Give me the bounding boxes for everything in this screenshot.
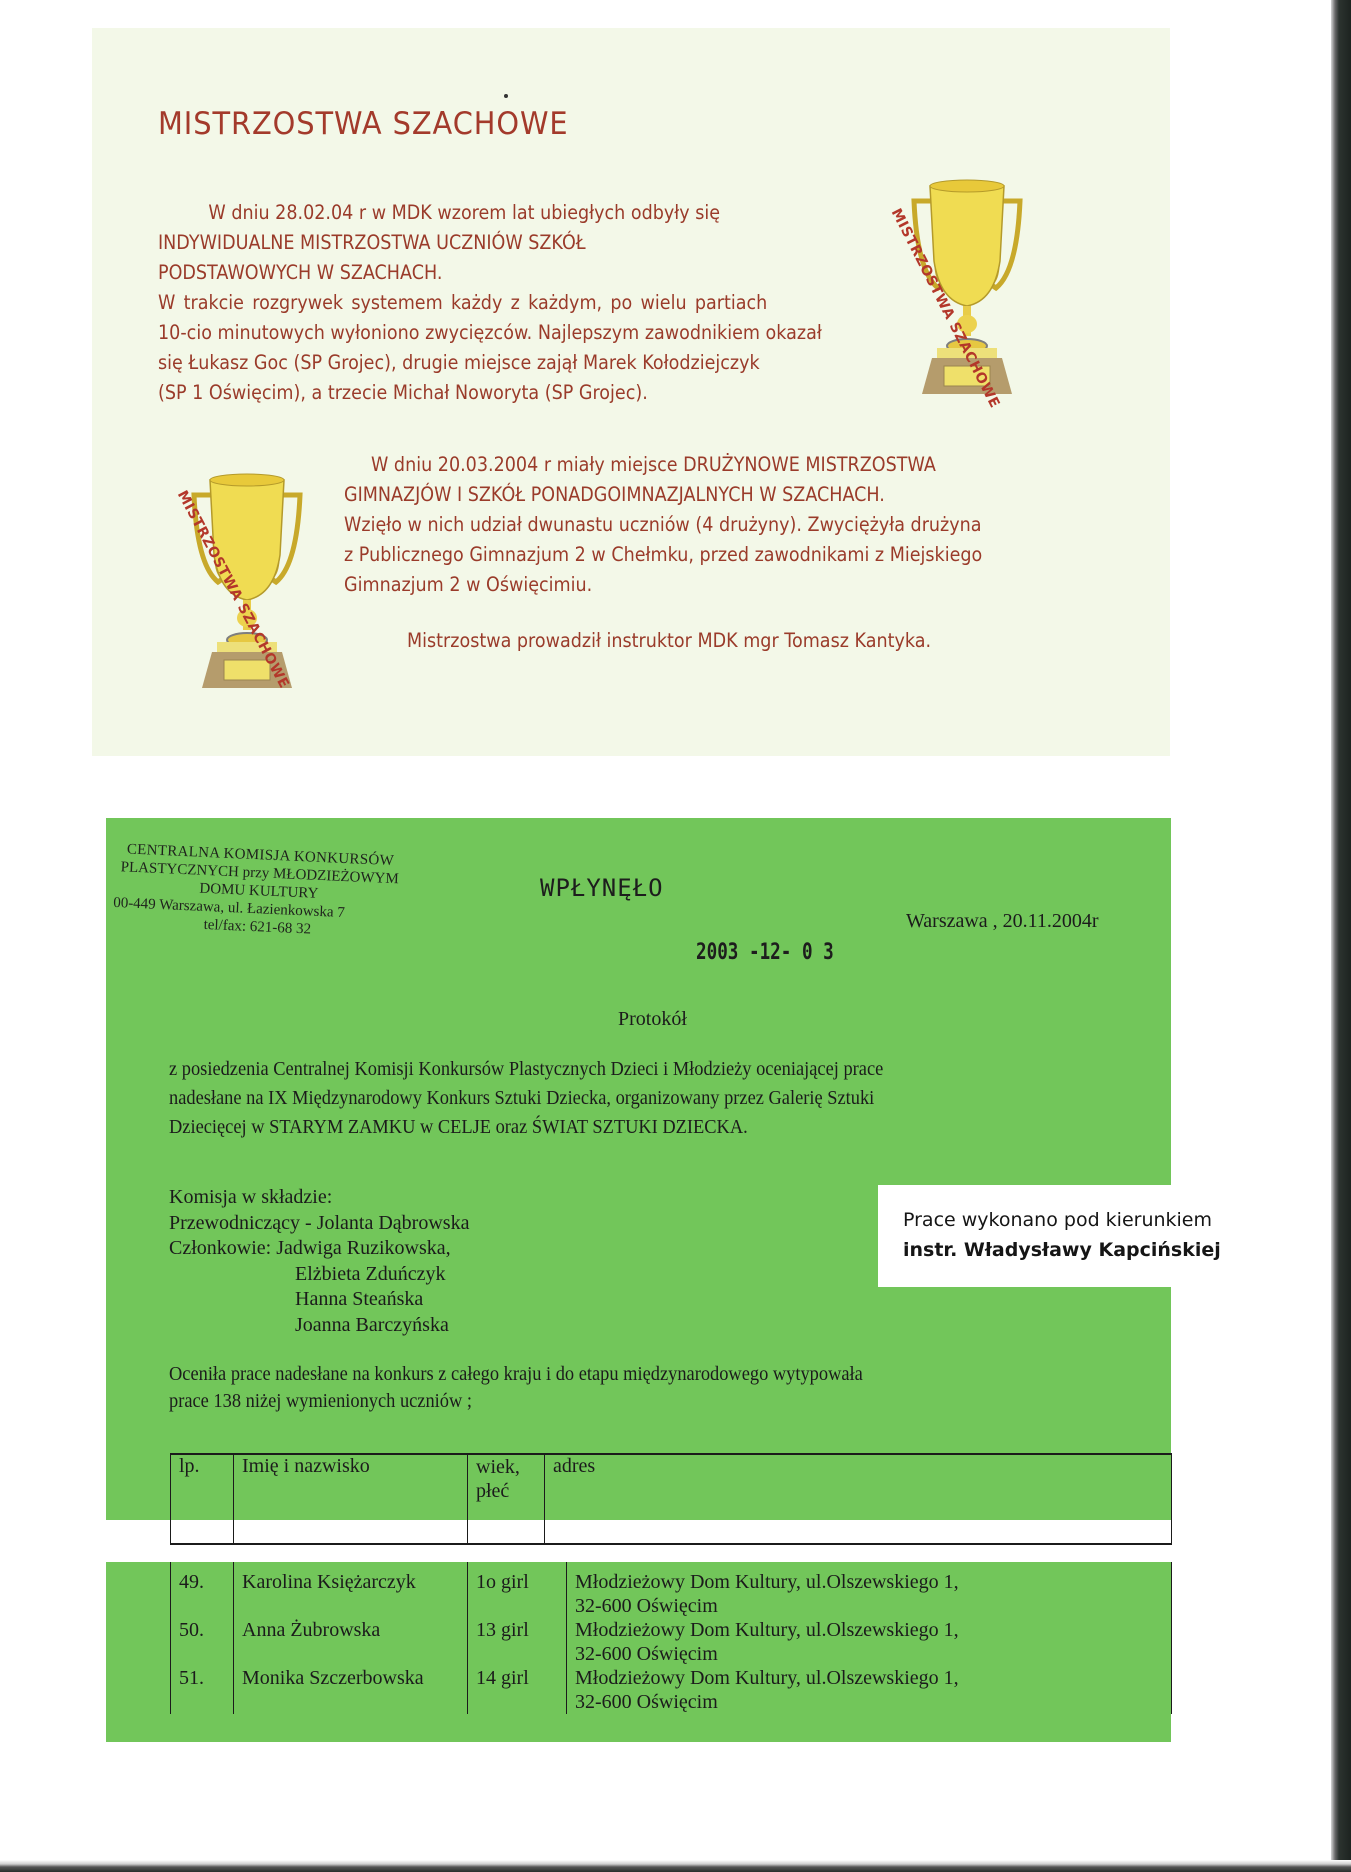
cell-age: 1o girl xyxy=(468,1562,567,1618)
column-header-name: Imię i nazwisko xyxy=(234,1454,468,1544)
cell-lp: 49. xyxy=(171,1562,234,1618)
address-line: Młodzieżowy Dom Kultury, ul.Olszewskiego… xyxy=(575,1570,1163,1594)
committee-member: Joanna Barczyńska xyxy=(169,1313,469,1339)
cell-lp: 50. xyxy=(171,1618,234,1666)
column-header-address: adres xyxy=(545,1454,1172,1544)
chess-article-title: MISTRZOSTWA SZACHOWE xyxy=(158,106,569,142)
committee-members-label: Członkowie: Jadwiga Ruzikowska, xyxy=(169,1236,469,1262)
table-row: 49.Karolina Księżarczyk1o girlMłodzieżow… xyxy=(171,1562,1172,1618)
text-line: Gimnazjum 2 w Oświęcimiu. xyxy=(344,570,1001,600)
text-line: W dniu 28.02.04 r w MDK wzorem lat ubieg… xyxy=(158,198,878,228)
column-header-age: wiek, płeć xyxy=(468,1454,545,1544)
received-date-stamp: 2003 -12- 0 3 xyxy=(696,940,834,965)
address-line: 32-600 Oświęcim xyxy=(575,1642,1163,1666)
protocol-intro: z posiedzenia Centralnej Komisji Konkurs… xyxy=(169,1055,1052,1142)
text-line: się Łukasz Goc (SP Grojec), drugie miejs… xyxy=(158,348,878,378)
cell-address: Młodzieżowy Dom Kultury, ul.Olszewskiego… xyxy=(567,1618,1172,1666)
chess-paragraph-team: W dniu 20.03.2004 r miały miejsce DRUŻYN… xyxy=(344,450,1001,600)
stray-dot xyxy=(504,94,508,98)
place-and-date: Warszawa , 20.11.2004r xyxy=(906,910,1099,933)
chess-article-panel: MISTRZOSTWA SZACHOWE W dniu 28.02.04 r w… xyxy=(92,28,1170,756)
committee-member: Elżbieta Zduńczyk xyxy=(169,1262,469,1288)
binder-edge xyxy=(1331,0,1351,1872)
note-text: Prace wykonano pod kierunkiem instr. Wła… xyxy=(903,1205,1221,1265)
text-line: Dziecięcej w STARYM ZAMKU w CELJE oraz Ś… xyxy=(169,1113,1052,1142)
assessment-text: Oceniła prace nadesłane na konkurs z cał… xyxy=(169,1361,1071,1415)
text-line: Oceniła prace nadesłane na konkurs z cał… xyxy=(169,1361,1071,1388)
cell-name: Karolina Księżarczyk xyxy=(234,1562,468,1618)
note-line: Prace wykonano pod kierunkiem xyxy=(903,1205,1221,1235)
text-line: W trakcie rozgrywek systemem każdy z każ… xyxy=(158,288,878,318)
text-line: z posiedzenia Centralnej Komisji Konkurs… xyxy=(169,1055,1052,1084)
text-line: z Publicznego Gimnazjum 2 w Chełmku, prz… xyxy=(344,540,1001,570)
address-line: Młodzieżowy Dom Kultury, ul.Olszewskiego… xyxy=(575,1618,1163,1642)
text-line: 10-cio minutowych wyłoniono zwycięzców. … xyxy=(158,318,878,348)
text-line: (SP 1 Oświęcim), a trzecie Michał Nowory… xyxy=(158,378,878,408)
protocol-panel: CENTRALNA KOMISJA KONKURSÓW PLASTYCZNYCH… xyxy=(106,818,1171,1520)
committee-member: Hanna Steańska xyxy=(169,1287,469,1313)
text-line: nadesłane na IX Międzynarodowy Konkurs S… xyxy=(169,1084,1052,1113)
address-line: 32-600 Oświęcim xyxy=(575,1594,1163,1618)
column-header-lp: lp. xyxy=(171,1454,234,1544)
cell-lp: 51. xyxy=(171,1666,234,1714)
table-row: 50.Anna Żubrowska13 girlMłodzieżowy Dom … xyxy=(171,1618,1172,1666)
cell-age: 14 girl xyxy=(468,1666,567,1714)
text-line: PODSTAWOWYCH W SZACHACH. xyxy=(158,258,878,288)
committee-heading: Komisja w składzie: xyxy=(169,1185,469,1211)
address-line: 32-600 Oświęcim xyxy=(575,1690,1163,1714)
trophy-icon: MISTRZOSTWA SZACHOWE xyxy=(892,166,1042,396)
committee-chair: Przewodniczący - Jolanta Dąbrowska xyxy=(169,1211,469,1237)
text-line: INDYWIDUALNE MISTRZOSTWA UCZNIÓW SZKÓŁ xyxy=(158,228,878,258)
note-line-instructor: instr. Władysławy Kapcińskiej xyxy=(903,1235,1221,1265)
binder-bottom-edge xyxy=(0,1860,1351,1872)
text-line: prace 138 niżej wymienionych uczniów ; xyxy=(169,1388,1071,1415)
institution-stamp: CENTRALNA KOMISJA KONKURSÓW PLASTYCZNYCH… xyxy=(112,840,406,943)
trophy-icon: MISTRZOSTWA SZACHOWE xyxy=(172,460,322,690)
cell-age: 13 girl xyxy=(468,1618,567,1666)
students-table-header: lp. Imię i nazwisko wiek, płeć adres xyxy=(170,1453,1172,1545)
protocol-table-continuation: 49.Karolina Księżarczyk1o girlMłodzieżow… xyxy=(106,1562,1171,1742)
chess-signature: Mistrzostwa prowadził instruktor MDK mgr… xyxy=(407,629,931,652)
cell-name: Monika Szczerbowska xyxy=(234,1666,468,1714)
protocol-title: Protokół xyxy=(618,1008,687,1031)
text-line: GIMNAZJÓW I SZKÓŁ PONADGOIMNAZJALNYCH W … xyxy=(344,480,1001,510)
text-line: Wzięło w nich udział dwunastu uczniów (4… xyxy=(344,510,1001,540)
cell-address: Młodzieżowy Dom Kultury, ul.Olszewskiego… xyxy=(567,1666,1172,1714)
students-table: 49.Karolina Księżarczyk1o girlMłodzieżow… xyxy=(170,1562,1172,1714)
address-line: Młodzieżowy Dom Kultury, ul.Olszewskiego… xyxy=(575,1666,1163,1690)
table-header-row: lp. Imię i nazwisko wiek, płeć adres xyxy=(171,1454,1172,1544)
chess-paragraph-individual: W dniu 28.02.04 r w MDK wzorem lat ubieg… xyxy=(158,198,878,408)
text-line: W dniu 20.03.2004 r miały miejsce DRUŻYN… xyxy=(344,450,1001,480)
received-stamp: WPŁYNĘŁO xyxy=(540,874,664,902)
cell-address: Młodzieżowy Dom Kultury, ul.Olszewskiego… xyxy=(567,1562,1172,1618)
cell-name: Anna Żubrowska xyxy=(234,1618,468,1666)
table-row: 51.Monika Szczerbowska14 girlMłodzieżowy… xyxy=(171,1666,1172,1714)
committee-list: Komisja w składzie: Przewodniczący - Jol… xyxy=(169,1185,469,1338)
instructor-note: Prace wykonano pod kierunkiem instr. Wła… xyxy=(878,1185,1248,1287)
